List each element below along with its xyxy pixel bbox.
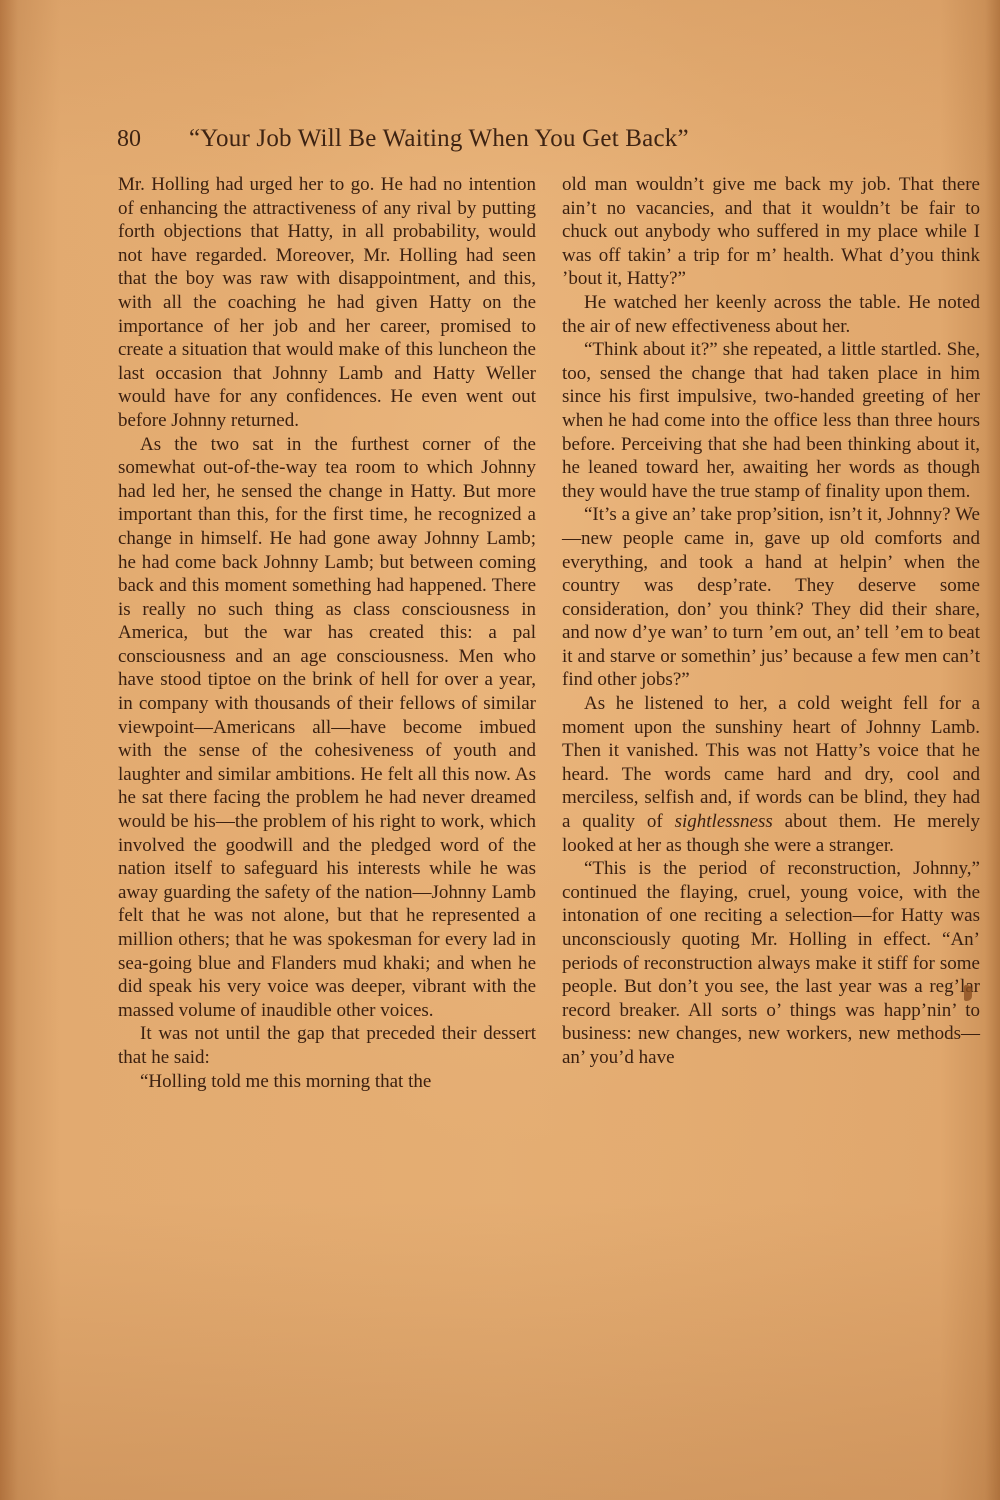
left-column: Mr. Holling had urged her to go. He had … xyxy=(118,173,536,1093)
paragraph: “It’s a give an’ take prop’sition, isn’t… xyxy=(562,503,980,692)
paragraph: He watched her keenly across the table. … xyxy=(562,291,980,338)
paragraph: old man wouldn’t give me back my job. Th… xyxy=(562,173,980,291)
paragraph: It was not until the gap that preceded t… xyxy=(118,1022,536,1069)
paragraph: “This is the period of reconstruction, J… xyxy=(562,857,980,1069)
page-number: 80 xyxy=(117,126,177,153)
page-header: 80 “Your Job Will Be Waiting When You Ge… xyxy=(117,125,897,161)
paragraph: As the two sat in the furthest corner of… xyxy=(118,433,536,1023)
paragraph: Mr. Holling had urged her to go. He had … xyxy=(118,173,536,433)
ink-smudge xyxy=(964,985,972,1001)
italic-word: sightlessness xyxy=(675,811,773,832)
book-page: 80 “Your Job Will Be Waiting When You Ge… xyxy=(0,0,1000,1500)
running-title: “Your Job Will Be Waiting When You Get B… xyxy=(189,125,689,153)
paragraph: “Think about it?” she repeated, a little… xyxy=(562,338,980,503)
paragraph: As he listened to her, a cold weight fel… xyxy=(562,692,980,857)
paragraph: “Holling told me this morning that the xyxy=(118,1070,536,1094)
right-column: old man wouldn’t give me back my job. Th… xyxy=(562,173,980,1070)
